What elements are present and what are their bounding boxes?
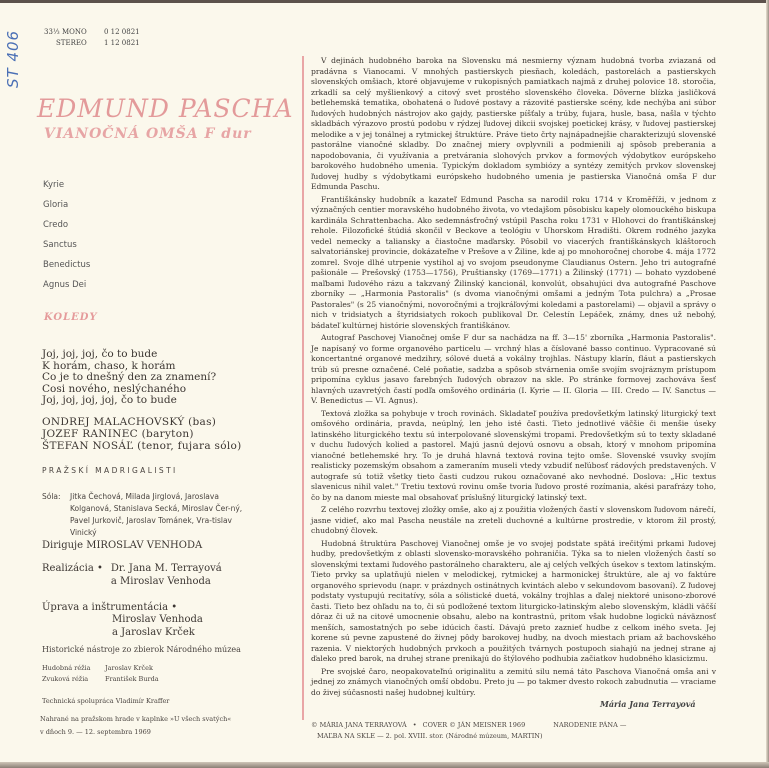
soloists: Sóla: Jitka Čechová, Milada Jirglová, Ja…	[42, 491, 257, 539]
catalog-number: 1 12 0821	[104, 38, 140, 49]
speed-label: 33⅓	[44, 28, 60, 36]
performer: ŠTEFAN NOSÁĽ (tenor, fujara sólo)	[42, 440, 242, 452]
author-signature: Mária Jana Terrayová	[600, 699, 696, 709]
column-divider	[302, 56, 304, 720]
realization-label: Realizácia •	[42, 563, 103, 588]
arrangement-name: Miroslav Venhoda	[112, 614, 312, 627]
realization-name: Dr. Jana M. Terrayová	[111, 563, 222, 576]
format-label: MONO	[62, 28, 87, 36]
koledy-heading: KOLEDY	[44, 312, 98, 323]
tech-name: Jaroslav Krček	[105, 663, 153, 674]
arrangement-label: Úprava a inštrumentácia •	[42, 602, 177, 615]
realization-name: a Miroslav Venhoda	[111, 576, 222, 589]
conductor: Diriguje MIROSLAV VENHODA	[42, 540, 202, 551]
arrangement-credit: Úprava a inštrumentácia • Miroslav Venho…	[42, 602, 177, 615]
catalog-number: 0 12 0821	[104, 27, 140, 38]
movement-item: Agnus Dei	[43, 280, 90, 300]
bullet-separator: •	[413, 721, 417, 729]
liner-paragraph: Z celého rozvrhu textovej zložky omše, a…	[311, 505, 716, 537]
copyright-block: © MÁRIA JANA TERRAYOVÁ • COVER © JÁN MEI…	[311, 720, 630, 742]
composer-name: EDMUND PASCHA	[37, 94, 294, 123]
movement-item: Gloria	[43, 200, 90, 220]
movement-item: Credo	[43, 220, 90, 240]
catalog-row-mono: 33⅓ MONO 0 12 0821	[44, 27, 140, 38]
cover-description: MAĽBA NA SKLE — 2. pol. XVIII. stor. (Ná…	[311, 731, 630, 742]
tech-credit-row: Zvuková réžia František Burda	[42, 674, 159, 685]
carol-item: Joj, joj, joj, joj, čo to bude	[42, 395, 216, 407]
sleeve-bottom-edge	[0, 762, 769, 768]
tech-credit-row: Hudobná réžia Jaroslav Krček	[42, 663, 159, 674]
format-label: STEREO	[44, 38, 104, 49]
tech-role: Hudobná réžia	[42, 663, 105, 674]
cover-title: NARODENIE PÁNA —	[553, 721, 626, 729]
movement-item: Kyrie	[43, 180, 90, 200]
movement-item: Sanctus	[43, 240, 90, 260]
tech-role: Zvuková réžia	[42, 674, 105, 685]
soloists-label: Sóla:	[42, 491, 70, 539]
copyright-text: © MÁRIA JANA TERRAYOVÁ	[311, 721, 407, 729]
sleeve-top-edge	[0, 0, 769, 3]
performer: ONDREJ MALACHOVSKÝ (bas)	[42, 416, 242, 428]
liner-paragraph: Pre svojské čaro, neopakovateľnú origina…	[311, 667, 716, 699]
handwritten-catalog-mark: ST 406	[4, 30, 22, 88]
recording-location: Nahrané na pražskom hrade v kaplnke »U v…	[40, 713, 231, 726]
movement-item: Benedictus	[43, 260, 90, 280]
recording-info: Nahrané na pražskom hrade v kaplnke »U v…	[40, 713, 231, 739]
liner-paragraph: Hudobná štruktúra Paschovej Vianočnej om…	[311, 539, 716, 665]
catalog-row-stereo: STEREO 1 12 0821	[44, 38, 140, 49]
liner-paragraph: Františkánsky hudobník a kazateľ Edmund …	[311, 195, 716, 332]
cover-credit: COVER © JÁN MEISNER 1969	[423, 721, 526, 729]
liner-paragraph: Autograf Paschovej Vianočnej omše F dur …	[311, 333, 716, 407]
choir-name: PRAŽSKÍ MADRIGALISTI	[42, 466, 178, 475]
recording-dates: v dňoch 9. — 12. septembra 1969	[40, 726, 231, 739]
tech-cooperation: Technická spolupráca Vladimír Kraffer	[42, 697, 169, 705]
performer: JOZEF RANINEC (baryton)	[42, 428, 242, 440]
liner-paragraph: V dejinách hudobného baroka na Slovensku…	[311, 56, 716, 193]
carol-item: Co je to dnešný den za znamení?	[42, 372, 216, 384]
work-title: VIANOČNÁ OMŠA F dur	[44, 126, 252, 142]
arrangement-name: a Jaroslav Krček	[112, 627, 312, 640]
liner-notes: V dejinách hudobného baroka na Slovensku…	[311, 56, 716, 700]
tech-name: František Burda	[105, 674, 159, 685]
carol-list: Joj, joj, joj, čo to bude K horám, chaso…	[42, 349, 216, 407]
movement-list: Kyrie Gloria Credo Sanctus Benedictus Ag…	[43, 180, 90, 300]
carol-item: Joj, joj, joj, čo to bude	[42, 349, 216, 361]
liner-paragraph: Textová zložka sa pohybuje v troch rovin…	[311, 409, 716, 504]
realization-credit: Realizácia • Dr. Jana M. Terrayová a Mir…	[42, 563, 222, 588]
catalog-numbers: 33⅓ MONO 0 12 0821 STEREO 1 12 0821	[44, 27, 140, 49]
instruments-note: Historické nástroje zo zbierok Národného…	[42, 645, 241, 654]
soloists-names: Jitka Čechová, Milada Jirglová, Jaroslav…	[70, 491, 257, 539]
performer-list: ONDREJ MALACHOVSKÝ (bas) JOZEF RANINEC (…	[42, 416, 242, 452]
tech-credits: Hudobná réžia Jaroslav Krček Zvuková réž…	[42, 663, 159, 685]
